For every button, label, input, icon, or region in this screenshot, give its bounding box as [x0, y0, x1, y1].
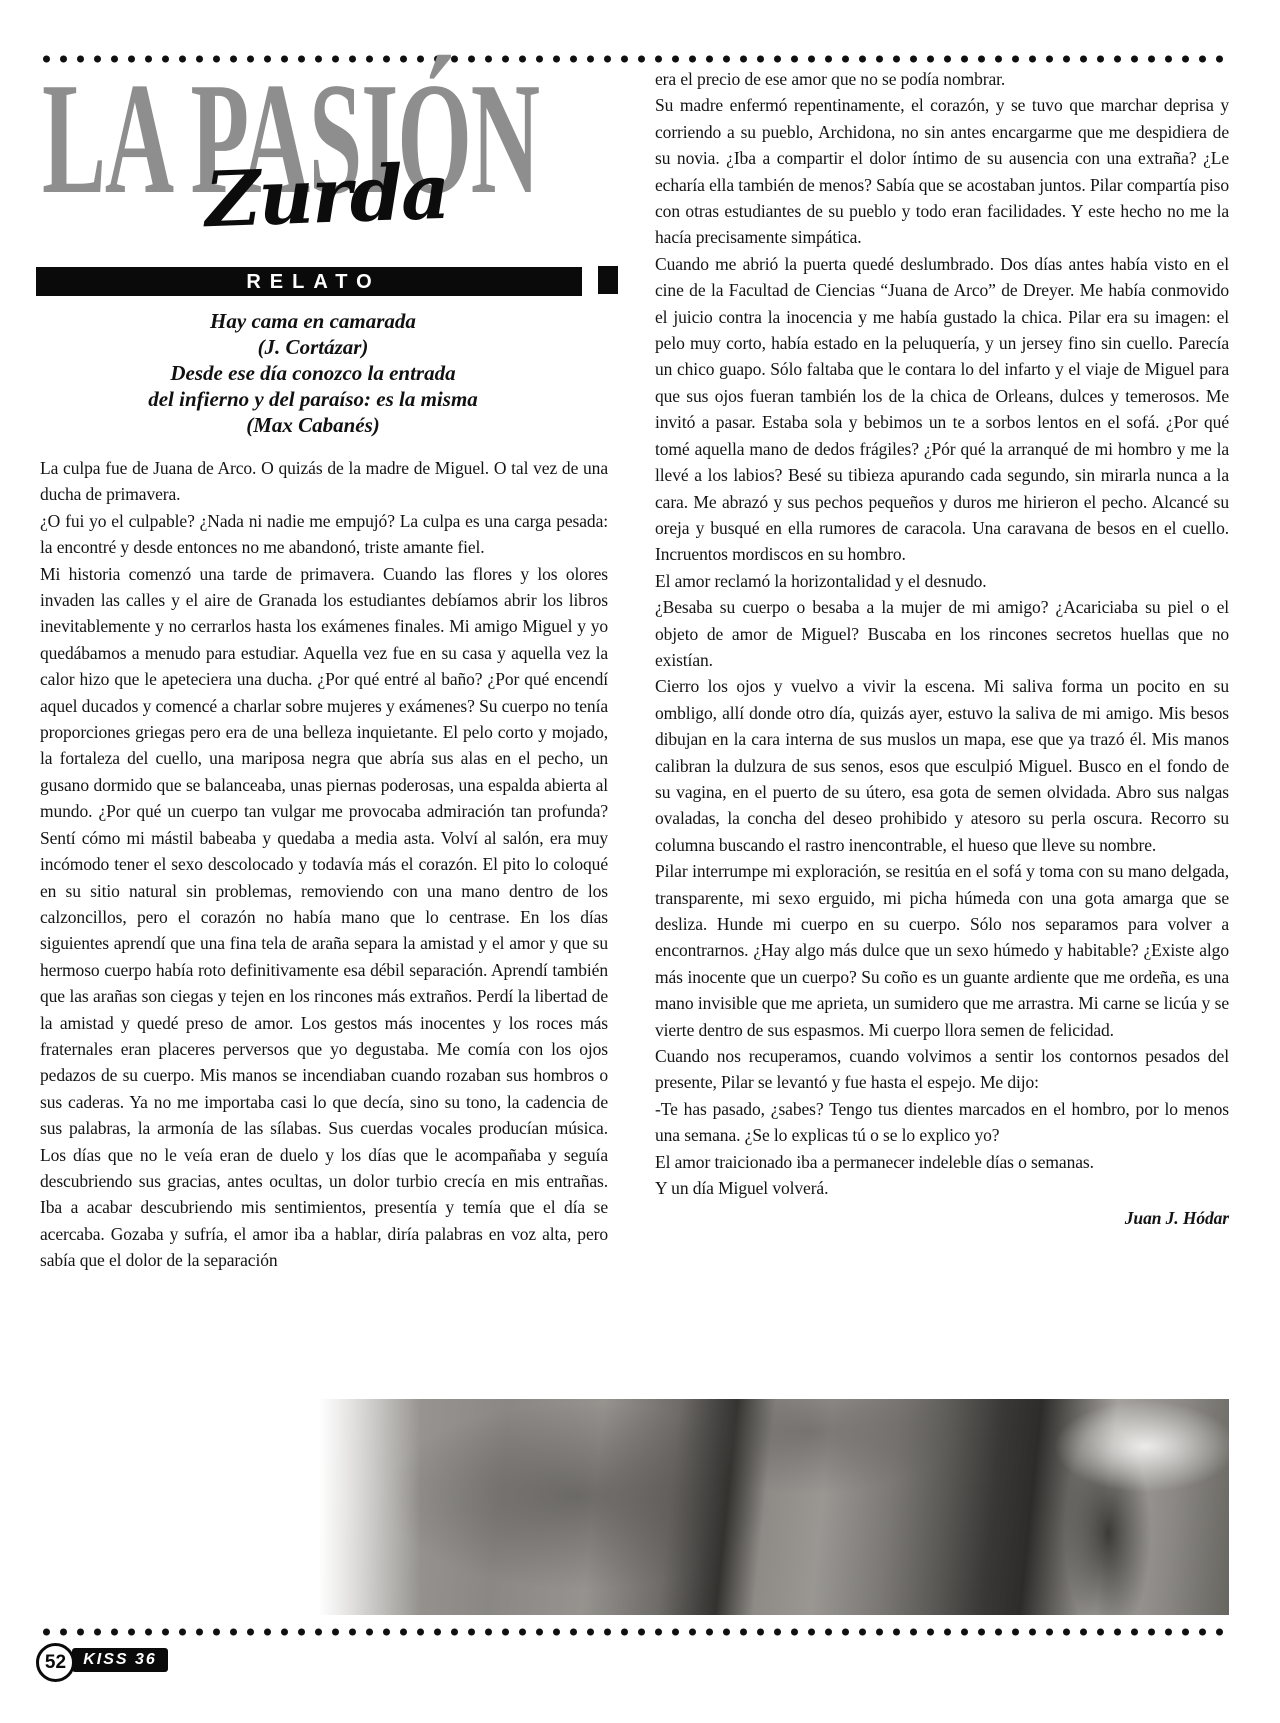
- paragraph: Su madre enfermó repentinamente, el cora…: [655, 92, 1229, 250]
- magazine-logo-text: KISS 36: [83, 1651, 157, 1669]
- print-ink-mark: [598, 266, 618, 294]
- paragraph: El amor reclamó la horizontalidad y el d…: [655, 568, 1229, 594]
- dotted-border-bottom: [38, 1627, 1230, 1637]
- section-banner: RELATO: [36, 267, 582, 296]
- author-signature: Juan J. Hódar: [655, 1205, 1229, 1231]
- paragraph: -Te has pasado, ¿sabes? Tengo tus diente…: [655, 1096, 1229, 1149]
- epigraph-quote-2-line1: Desde ese día conozco la entrada: [40, 360, 586, 386]
- magazine-page: LA PASIÓN Zurda RELATO Hay cama en camar…: [0, 0, 1280, 1723]
- paragraph: Y un día Miguel volverá.: [655, 1175, 1229, 1201]
- page-number-badge: 52: [36, 1643, 75, 1682]
- section-banner-label: RELATO: [237, 272, 380, 292]
- paragraph: ¿O fui yo el culpable? ¿Nada ni nadie me…: [40, 508, 608, 561]
- epigraph-author-1: (J. Cortázar): [40, 334, 586, 360]
- article-column-right: era el precio de ese amor que no se podí…: [655, 66, 1229, 1232]
- paragraph: Cuando me abrió la puerta quedé deslumbr…: [655, 251, 1229, 568]
- article-column-left: La culpa fue de Juana de Arco. O quizás …: [40, 455, 608, 1274]
- bottom-photo: [300, 1399, 1229, 1615]
- epigraph-quote-1: Hay cama en camarada: [40, 308, 586, 334]
- paragraph: El amor traicionado iba a permanecer ind…: [655, 1149, 1229, 1175]
- paragraph: Pilar interrumpe mi exploración, se resi…: [655, 858, 1229, 1043]
- epigraph: Hay cama en camarada (J. Cortázar) Desde…: [40, 308, 586, 438]
- paragraph: La culpa fue de Juana de Arco. O quizás …: [40, 455, 608, 508]
- epigraph-author-2: (Max Cabanés): [40, 412, 586, 438]
- paragraph: Mi historia comenzó una tarde de primave…: [40, 561, 608, 1274]
- paragraph: Cierro los ojos y vuelvo a vivir la esce…: [655, 673, 1229, 858]
- article-subtitle-script: Zurda: [204, 154, 450, 238]
- page-number: 52: [45, 1652, 66, 1674]
- paragraph: ¿Besaba su cuerpo o besaba a la mujer de…: [655, 594, 1229, 673]
- magazine-logo: KISS 36: [72, 1648, 168, 1672]
- paragraph: Cuando nos recuperamos, cuando volvimos …: [655, 1043, 1229, 1096]
- epigraph-quote-2-line2: del infierno y del paraíso: es la misma: [40, 386, 586, 412]
- paragraph: era el precio de ese amor que no se podí…: [655, 66, 1229, 92]
